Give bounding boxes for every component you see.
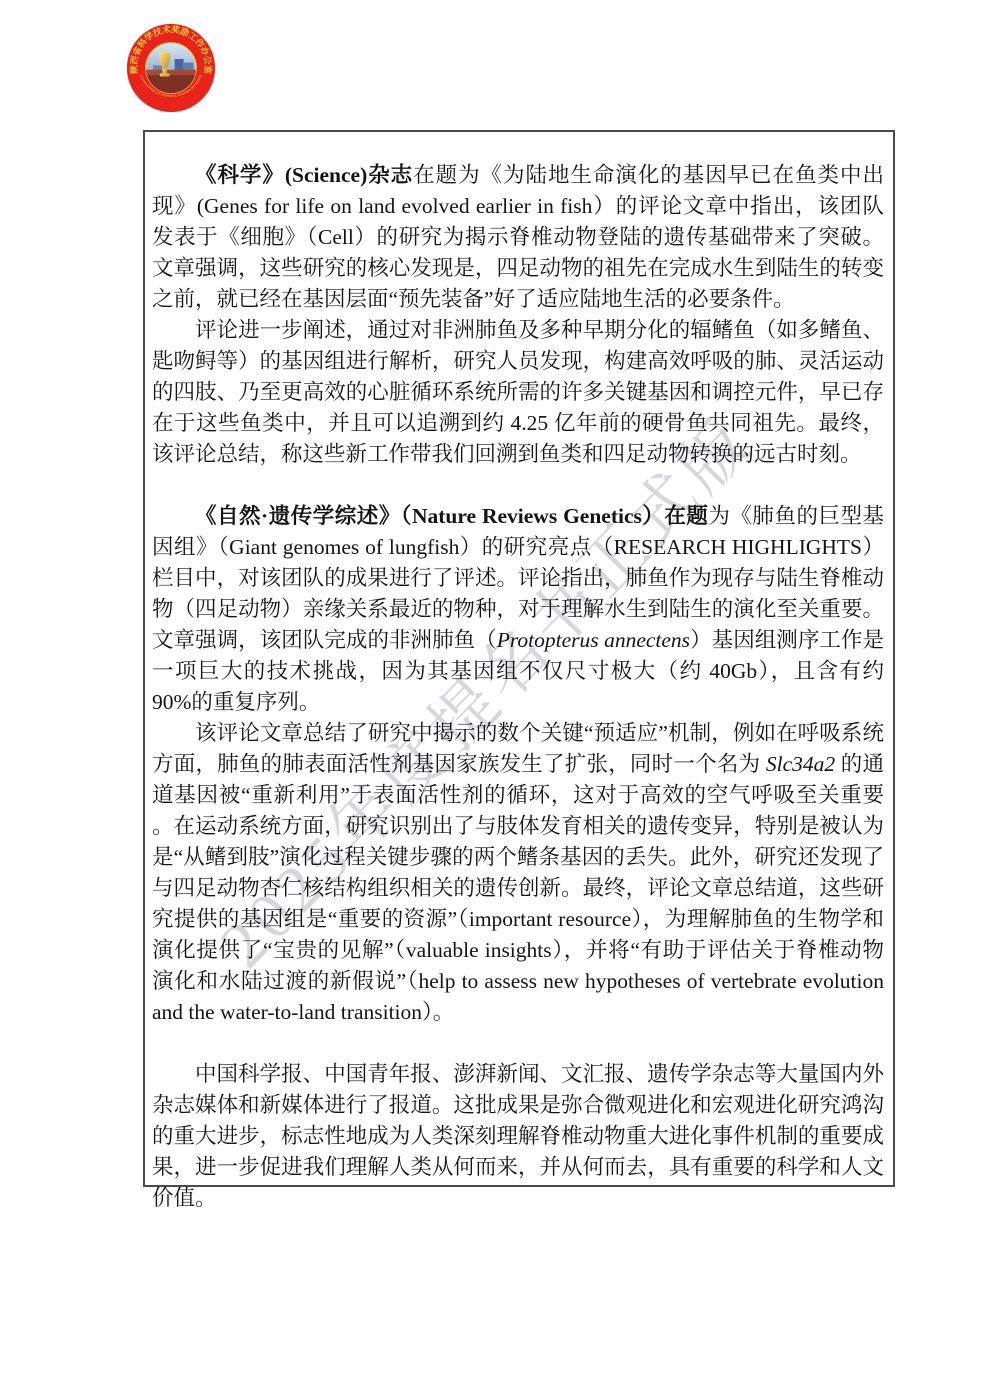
paragraph-preadaptation-mechanisms: 该评论文章总结了研究中揭示的数个关键“预适应”机制，例如在呼吸系统方面，肺鱼的肺… bbox=[152, 718, 884, 1028]
mechanisms-text-b: 的通道基因被“重新利用”于表面活性剂的循环，这对于高效的空气呼吸至关重要 。在运… bbox=[152, 752, 884, 1024]
paragraph-media-coverage: 中国科学报、中国青年报、澎湃新闻、文汇报、遗传学杂志等大量国内外杂志媒体和新媒体… bbox=[152, 1059, 884, 1214]
org-seal-graphic: 陕西省科学技术奖励工作办公室 SHAANXI OFFICE OF SCIENCE… bbox=[126, 23, 216, 113]
paragraph-science-review: 《科学》(Science)杂志在题为《为陆地生命演化的基因早已在鱼类中出现》(G… bbox=[152, 160, 884, 315]
paragraph-nature-review: 《自然·遗传学综述》（Nature Reviews Genetics）在题为《肺… bbox=[152, 501, 884, 718]
org-seal-logo: 陕西省科学技术奖励工作办公室 SHAANXI OFFICE OF SCIENCE… bbox=[126, 23, 216, 113]
nature-journal-bold-label: 《自然·遗传学综述》（Nature Reviews Genetics）在题 bbox=[195, 504, 708, 528]
science-journal-bold-label: 《科学》(Science)杂志 bbox=[195, 163, 413, 187]
gene-name-italic: Slc34a2 bbox=[766, 752, 835, 776]
paragraph-science-elaboration: 评论进一步阐述，通过对非洲肺鱼及多种早期分化的辐鳍鱼（如多鳍鱼、匙吻鲟等）的基因… bbox=[152, 315, 884, 470]
content-frame: 《科学》(Science)杂志在题为《为陆地生命演化的基因早已在鱼类中出现》(G… bbox=[143, 130, 895, 1187]
document-page: 陕西省科学技术奖励工作办公室 SHAANXI OFFICE OF SCIENCE… bbox=[0, 0, 990, 1399]
species-name-italic: Protopterus annectens bbox=[497, 628, 690, 652]
